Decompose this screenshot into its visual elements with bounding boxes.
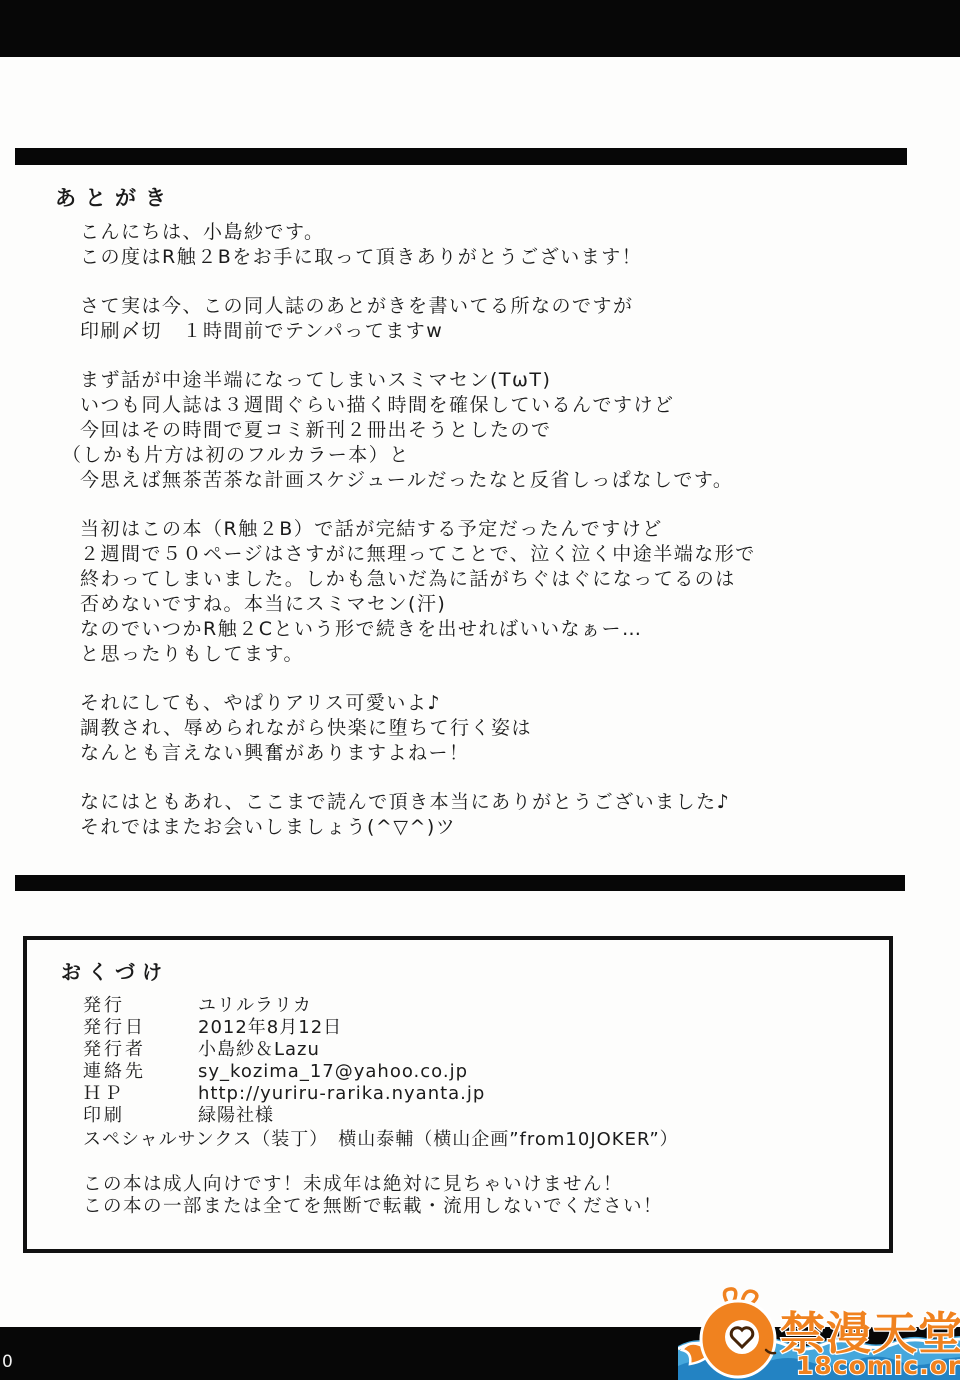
afterword-paragraph: 当初はこの本（R触２B）で話が完結する予定だったんですけど ２週間で５０ページは… (80, 517, 930, 667)
afterword-line: 終わってしまいました。しかも急いだ為に話がちぐはぐになってるのは (80, 567, 930, 592)
top-black-bar (0, 0, 960, 57)
afterword-line: 否めないですね。本当にスミマセン(汗) (80, 592, 930, 617)
colophon-value: http://yuriru-rarika.nyanta.jp (198, 1083, 485, 1105)
afterword-line: 今回はその時間で夏コミ新刊２冊出そうとしたので (80, 418, 930, 443)
afterword-line: 調教され、辱められながら快楽に堕ちて行く姿は (80, 716, 930, 741)
colophon-value: sy_kozima_17@yahoo.co.jp (198, 1061, 468, 1083)
afterword-line: それにしても、やぱりアリス可愛いよ♪ (80, 691, 930, 716)
colophon-row-publish-date: 発行日 2012年8月12日 (83, 1017, 889, 1039)
afterword-paragraph: さて実は今、この同人誌のあとがきを書いてる所なのですが 印刷〆切 １時間前でテン… (80, 294, 930, 344)
afterword-line: さて実は今、この同人誌のあとがきを書いてる所なのですが (80, 294, 930, 319)
colophon-rows: 発行 ユリルラリカ 発行日 2012年8月12日 発行者 小島紗＆Lazu 連絡… (83, 995, 889, 1127)
adult-warning-line: この本は成人向けです！未成年は絶対に見ちゃいけません！ (83, 1174, 889, 1196)
afterword-paragraph: それにしても、やぱりアリス可愛いよ♪ 調教され、辱められながら快楽に堕ちて行く姿… (80, 691, 930, 766)
afterword-section: あとがき こんにちは、小島紗です。 この度はR触２Bをお手に取って頂きありがとう… (80, 186, 930, 864)
afterword-line: なにはともあれ、ここまで読んで頂き本当にありがとうございました♪ (80, 790, 930, 815)
colophon-label: ＨＰ (83, 1083, 198, 1105)
colophon-row-publisher: 発行 ユリルラリカ (83, 995, 889, 1017)
colophon-value: 小島紗＆Lazu (198, 1039, 320, 1061)
afterword-line: なんとも言えない興奮がありますよねー！ (80, 741, 930, 766)
colophon-row-homepage-url: ＨＰ http://yuriru-rarika.nyanta.jp (83, 1083, 889, 1105)
special-thanks-line: スペシャルサンクス（装丁） 横山泰輔（横山企画”from10JOKER”） (83, 1128, 889, 1152)
scanned-doujinshi-afterword-page: あとがき こんにちは、小島紗です。 この度はR触２Bをお手に取って頂きありがとう… (0, 0, 960, 1380)
afterword-line: 今思えば無茶苦茶な計画スケジュールだったなと反省しっぱなしです。 (80, 468, 930, 493)
afterword-line: （しかも片方は初のフルカラー本）と (62, 443, 930, 468)
whale-mascot-icon (682, 1289, 775, 1377)
colophon-label: 発行日 (83, 1017, 198, 1039)
afterword-paragraph: こんにちは、小島紗です。 この度はR触２Bをお手に取って頂きありがとうございます… (80, 220, 930, 270)
colophon-value: ユリルラリカ (198, 995, 312, 1017)
colophon-label: 印刷 (83, 1105, 198, 1127)
watermark-site-url: 18comic.org (796, 1351, 960, 1380)
divider-bar-bottom (15, 875, 905, 891)
afterword-line: なのでいつかR触２Cという形で続きを出せればいいなぁー… (80, 617, 930, 642)
colophon-row-contact-email: 連絡先 sy_kozima_17@yahoo.co.jp (83, 1061, 889, 1083)
colophon-value: 緑陽社様 (198, 1105, 274, 1127)
afterword-line: それではまたお会いしましょう(^▽^)ツ (80, 815, 930, 840)
colophon-row-author: 発行者 小島紗＆Lazu (83, 1039, 889, 1061)
colophon-row-printer: 印刷 緑陽社様 (83, 1105, 889, 1127)
afterword-line: この度はR触２Bをお手に取って頂きありがとうございます！ (80, 245, 930, 270)
page-number: 0 (2, 1352, 13, 1372)
afterword-line: と思ったりもしてます。 (80, 642, 930, 667)
colophon-value: 2012年8月12日 (198, 1017, 342, 1039)
watermark-logo: 禁漫天堂 18comic.org (678, 1286, 960, 1380)
colophon-box: おくづけ 発行 ユリルラリカ 発行日 2012年8月12日 発行者 小島紗＆La… (23, 936, 893, 1253)
colophon-label: 発行者 (83, 1039, 198, 1061)
afterword-paragraph: まず話が中途半端になってしまいスミマセン(TωT) いつも同人誌は３週間ぐらい描… (80, 368, 930, 493)
colophon-title: おくづけ (61, 960, 889, 985)
no-reproduction-line: この本の一部または全てを無断で転載・流用しないでください！ (83, 1196, 889, 1218)
afterword-line: こんにちは、小島紗です。 (80, 220, 930, 245)
afterword-title: あとがき (55, 186, 930, 211)
afterword-line: まず話が中途半端になってしまいスミマセン(TωT) (80, 368, 930, 393)
colophon-label: 連絡先 (83, 1061, 198, 1083)
afterword-line: 当初はこの本（R触２B）で話が完結する予定だったんですけど (80, 517, 930, 542)
colophon-label: 発行 (83, 995, 198, 1017)
afterword-line: ２週間で５０ページはさすがに無理ってことで、泣く泣く中途半端な形で (80, 542, 930, 567)
afterword-paragraph: なにはともあれ、ここまで読んで頂き本当にありがとうございました♪ それではまたお… (80, 790, 930, 840)
divider-bar-top (15, 148, 907, 165)
afterword-line: いつも同人誌は３週間ぐらい描く時間を確保しているんですけど (80, 393, 930, 418)
notices-block: この本は成人向けです！未成年は絶対に見ちゃいけません！ この本の一部または全てを… (83, 1174, 889, 1218)
afterword-line: 印刷〆切 １時間前でテンパってますw (80, 319, 930, 344)
